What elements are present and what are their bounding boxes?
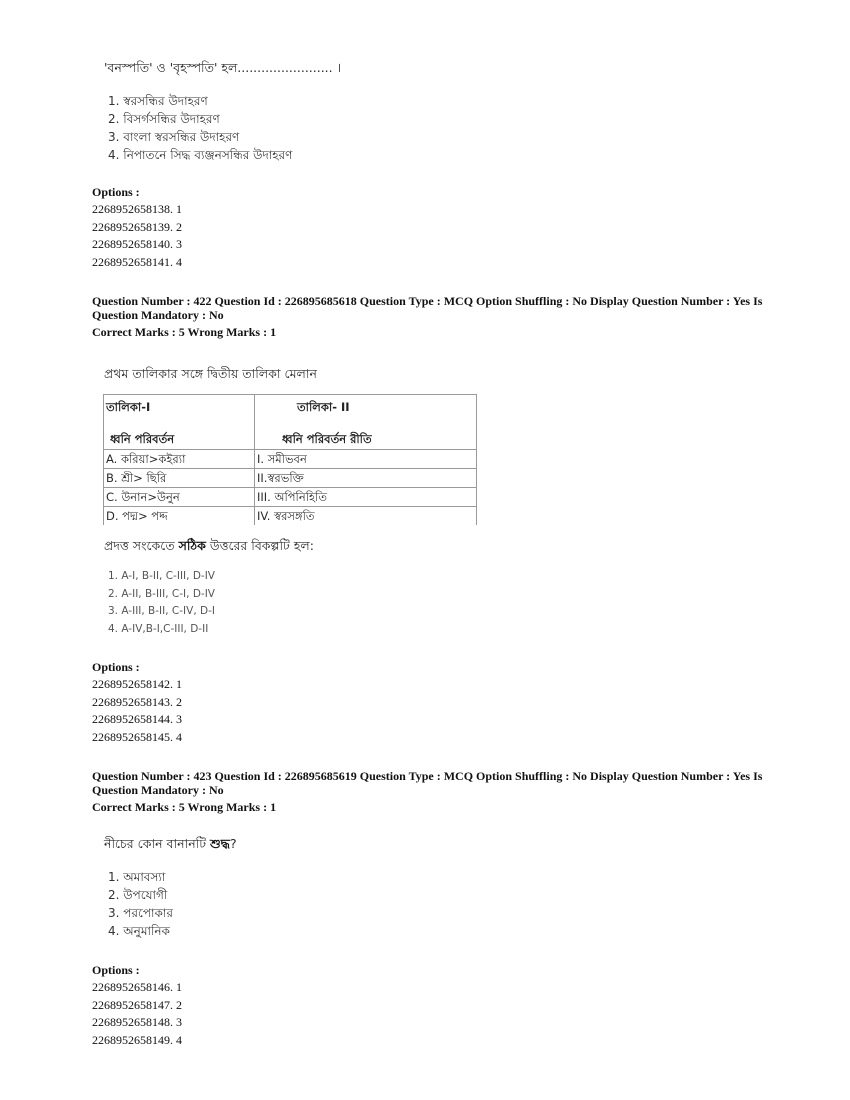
q421-choice-2: 2. বিসর্গসন্ধির উদাহরণ	[108, 110, 292, 128]
table-cell-right: II.স্বরভক্তি	[255, 469, 477, 488]
q422-options-label: Options :	[92, 660, 140, 675]
q422-instruction-bold: সঠিক	[179, 538, 206, 553]
match-table-header-row: তালিকা-I ধ্বনি পরিবর্তন তালিকা- II ধ্বনি…	[104, 395, 477, 450]
table-row: D. পদ্ম> পদ্দ IV. স্বরসঙ্গতি	[104, 507, 477, 526]
table-cell-left: D. পদ্ম> পদ্দ	[104, 507, 255, 526]
q421-option-4: 2268952658141. 4	[92, 254, 182, 272]
q422-choice-1: 1. A-I, B-II, C-III, D-IV	[108, 568, 215, 586]
q421-choice-1: 1. স্বরসন্ধির উদাহরণ	[108, 92, 292, 110]
q422-instruction: প্রদত্ত সংকেতে সঠিক উত্তরের বিকল্পটি হল:	[104, 538, 314, 558]
q421-option-2: 2268952658139. 2	[92, 219, 182, 237]
q422-choice-4: 4. A-IV,B-I,C-III, D-II	[108, 621, 215, 639]
q423-stem-bold: শুদ্ধ	[210, 836, 230, 851]
q423-stem-suffix: ?	[230, 836, 237, 851]
q422-option-3: 2268952658144. 3	[92, 711, 182, 729]
col1-title: তালিকা-I	[106, 398, 252, 416]
table-cell-left: C. উনান>উনুন	[104, 488, 255, 507]
q423-stem: নীচের কোন বানানটি শুদ্ধ?	[104, 836, 237, 856]
q421-choice-list: 1. স্বরসন্ধির উদাহরণ 2. বিসর্গসন্ধির উদা…	[108, 92, 292, 164]
q422-choice-3: 3. A-III, B-II, C-IV, D-I	[108, 603, 215, 621]
q421-options-list: 2268952658138. 1 2268952658139. 2 226895…	[92, 201, 182, 271]
col1-subtitle: ধ্বনি পরিবর্তন	[106, 430, 252, 448]
q422-instruction-prefix: প্রদত্ত সংকেতে	[104, 538, 179, 553]
q423-choice-4: 4. অনুমানিক	[108, 922, 173, 940]
table-cell-right: IV. স্বরসঙ্গতি	[255, 507, 477, 526]
table-row: B. শ্রী> ছিরি II.স্বরভক্তি	[104, 469, 477, 488]
q421-choice-3: 3. বাংলা স্বরসন্ধির উদাহরণ	[108, 128, 292, 146]
q422-option-1: 2268952658142. 1	[92, 676, 182, 694]
match-table-col2-header: তালিকা- II ধ্বনি পরিবর্তন রীতি	[255, 395, 477, 450]
q422-instruction-suffix: উত্তরের বিকল্পটি হল:	[206, 538, 314, 553]
q423-header: Question Number : 423 Question Id : 2268…	[92, 769, 782, 815]
table-cell-right: I. সমীভবন	[255, 450, 477, 469]
q421-option-1: 2268952658138. 1	[92, 201, 182, 219]
q422-option-2: 2268952658143. 2	[92, 694, 182, 712]
q422-marks-line: Correct Marks : 5 Wrong Marks : 1	[92, 325, 782, 340]
match-table-col1-header: তালিকা-I ধ্বনি পরিবর্তন	[104, 395, 255, 450]
col2-subtitle: ধ্বনি পরিবর্তন রীতি	[257, 430, 474, 448]
q423-meta-line: Question Number : 423 Question Id : 2268…	[92, 769, 782, 797]
match-table: তালিকা-I ধ্বনি পরিবর্তন তালিকা- II ধ্বনি…	[103, 394, 477, 525]
q423-options-label: Options :	[92, 963, 140, 978]
q423-choice-3: 3. পরপোকার	[108, 904, 173, 922]
q423-choice-1: 1. অমাবস্যা	[108, 868, 173, 886]
q422-meta-line: Question Number : 422 Question Id : 2268…	[92, 294, 782, 322]
table-cell-left: A. করিয়া>কইর‍্যা	[104, 450, 255, 469]
q423-choice-2: 2. উপযোগী	[108, 886, 173, 904]
q422-option-4: 2268952658145. 4	[92, 729, 182, 747]
q421-options-label: Options :	[92, 185, 140, 200]
q422-stem: প্রথম তালিকার সঙ্গে দ্বিতীয় তালিকা মেলা…	[104, 366, 317, 386]
table-cell-right: III. অপিনিহিতি	[255, 488, 477, 507]
q423-option-2: 2268952658147. 2	[92, 997, 182, 1015]
q422-header: Question Number : 422 Question Id : 2268…	[92, 294, 782, 340]
q422-choice-2: 2. A-II, B-III, C-I, D-IV	[108, 586, 215, 604]
q421-option-3: 2268952658140. 3	[92, 236, 182, 254]
q422-choice-list: 1. A-I, B-II, C-III, D-IV 2. A-II, B-III…	[108, 568, 215, 638]
table-row: C. উনান>উনুন III. অপিনিহিতি	[104, 488, 477, 507]
table-row: A. করিয়া>কইর‍্যা I. সমীভবন	[104, 450, 477, 469]
q423-option-1: 2268952658146. 1	[92, 979, 182, 997]
q421-stem: 'বনস্পতি' ও 'বৃহস্পতি' হল...............…	[104, 60, 341, 80]
q423-option-3: 2268952658148. 3	[92, 1014, 182, 1032]
q422-options-list: 2268952658142. 1 2268952658143. 2 226895…	[92, 676, 182, 746]
q421-choice-4: 4. নিপাতনে সিদ্ধ ব্যঞ্জনসন্ধির উদাহরণ	[108, 146, 292, 164]
q423-option-4: 2268952658149. 4	[92, 1032, 182, 1050]
q423-marks-line: Correct Marks : 5 Wrong Marks : 1	[92, 800, 782, 815]
q423-stem-prefix: নীচের কোন বানানটি	[104, 836, 210, 851]
q423-options-list: 2268952658146. 1 2268952658147. 2 226895…	[92, 979, 182, 1049]
table-cell-left: B. শ্রী> ছিরি	[104, 469, 255, 488]
col2-title: তালিকা- II	[257, 398, 474, 416]
q423-choice-list: 1. অমাবস্যা 2. উপযোগী 3. পরপোকার 4. অনুম…	[108, 868, 173, 940]
